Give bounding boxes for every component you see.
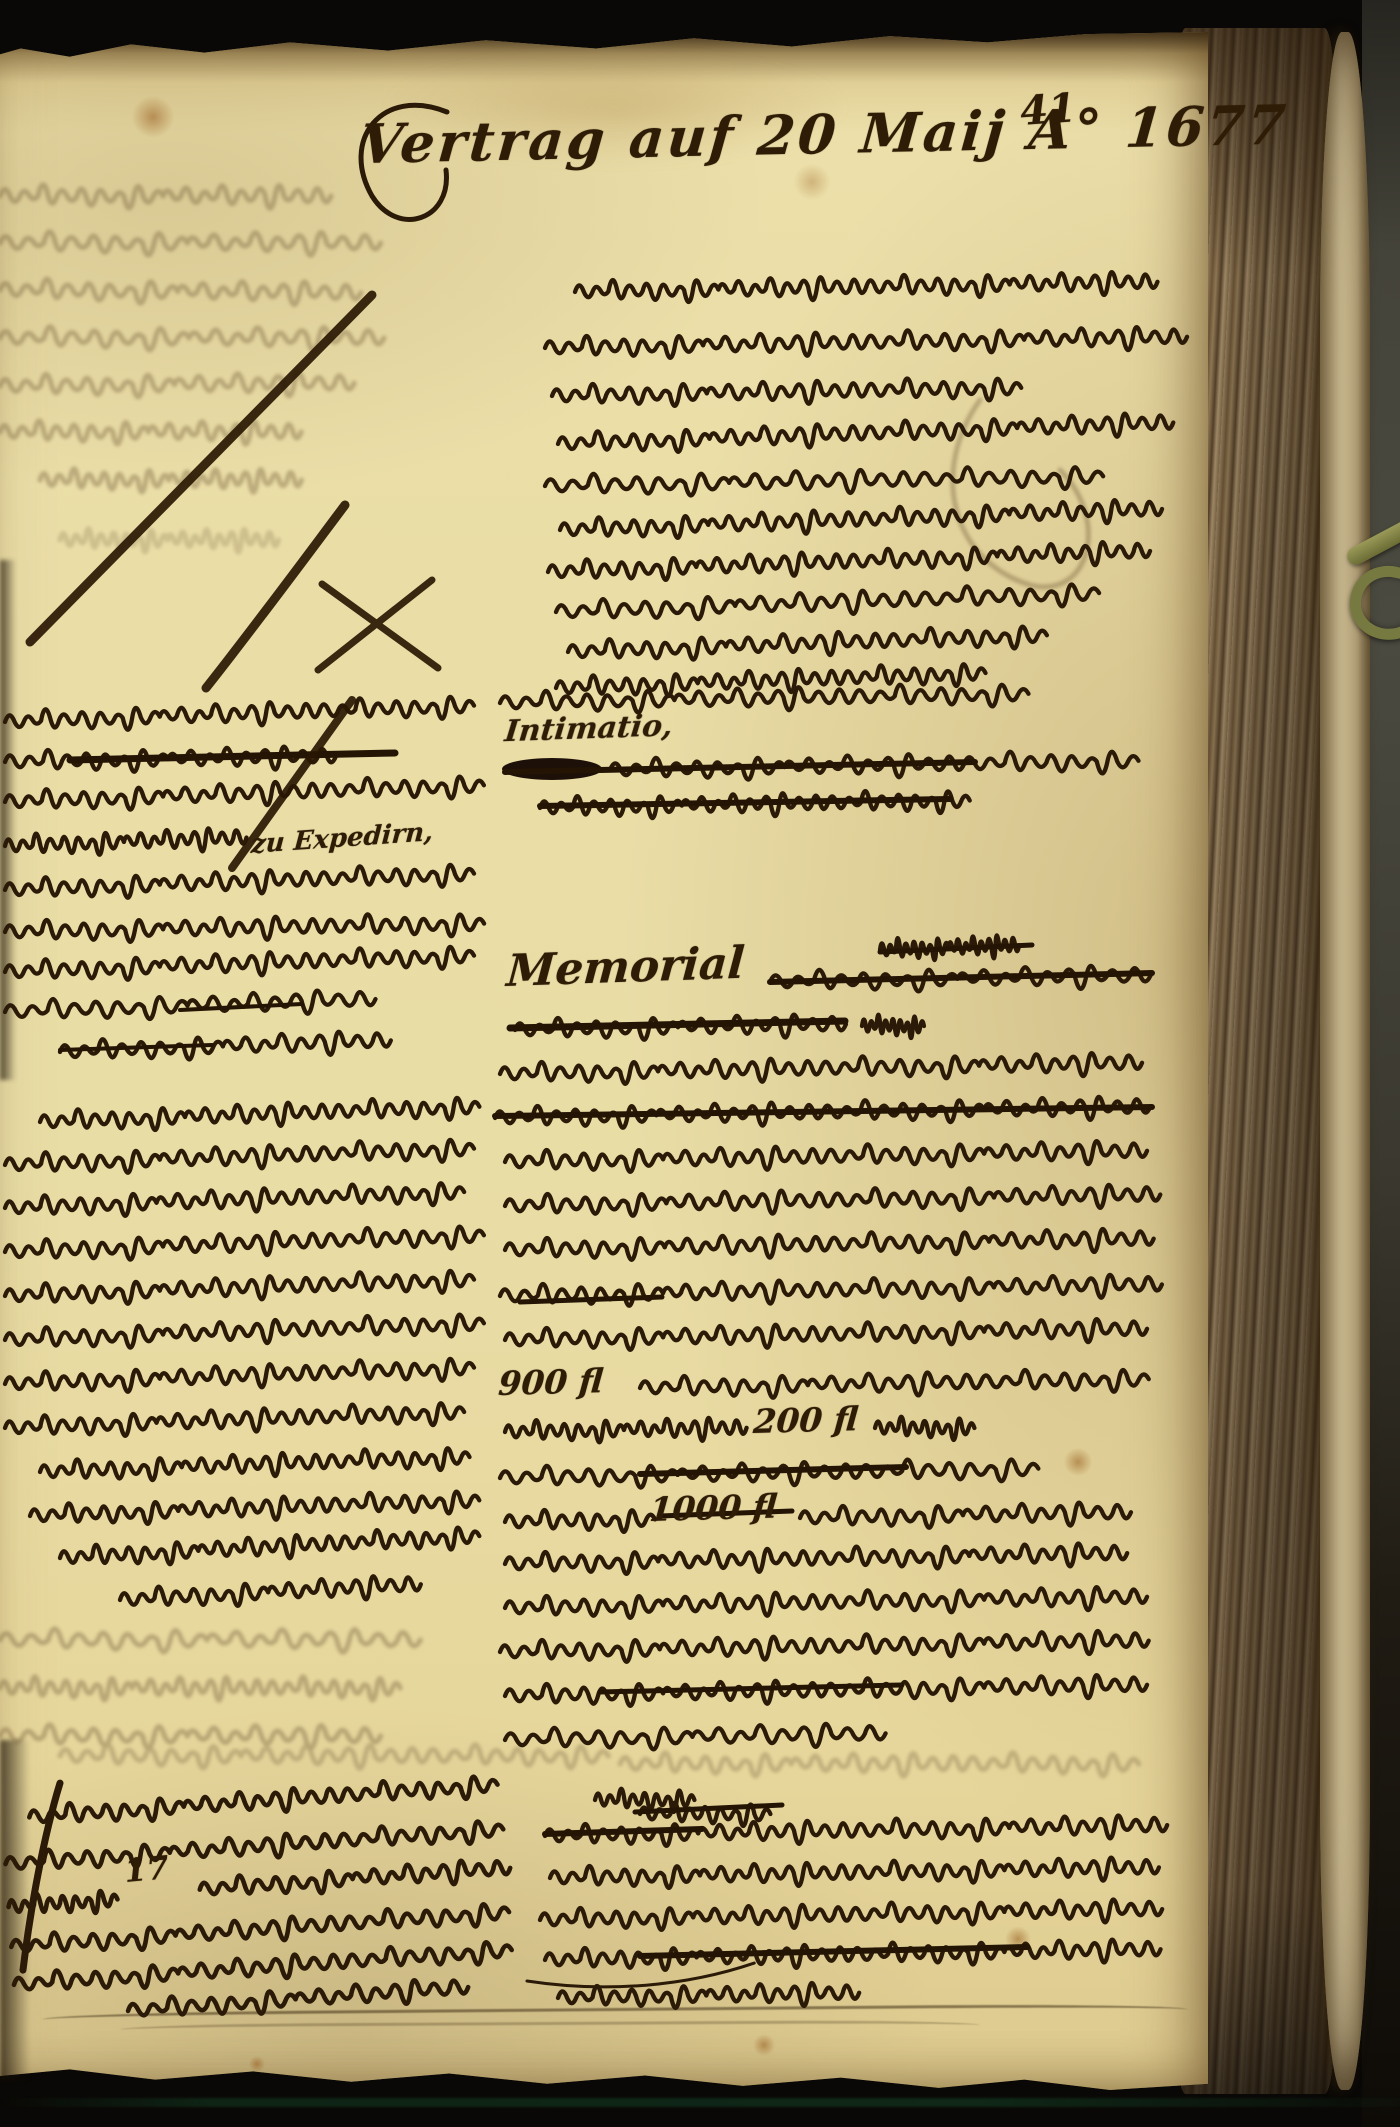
strikethrough-marks [60, 753, 1152, 1956]
intimatio-label: Intimatio, [503, 708, 675, 749]
manuscript-photo: Vertrag auf 20 Maij A° 1677 41 Memorial … [0, 0, 1400, 2127]
memorial-label: Memorial [505, 938, 746, 997]
amount-200-fl: 200 fl [752, 1399, 859, 1441]
amount-1000-fl: 1000 fl [648, 1487, 778, 1529]
amount-900-fl: 900 fl [497, 1361, 604, 1403]
handwriting-ink-layer [0, 0, 1400, 2127]
page-number: 41 [1019, 84, 1078, 135]
margin-number: 17 [123, 1848, 171, 1890]
bottom-left-handwriting-strokes [0, 1736, 755, 2031]
main-handwriting-strokes [5, 105, 1188, 2010]
